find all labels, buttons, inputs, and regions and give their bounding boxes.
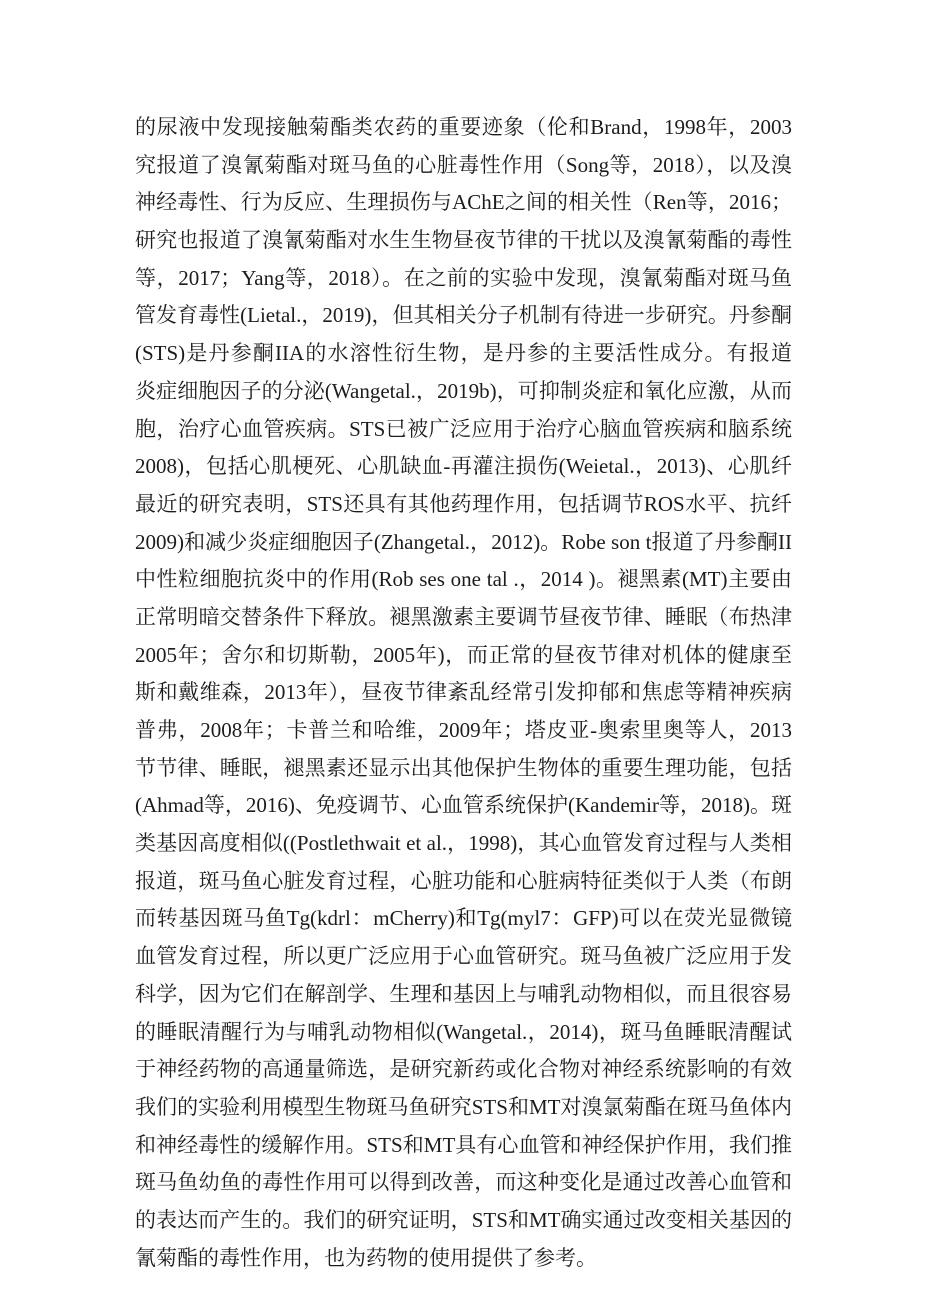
text-line: (STS)是丹参酮IIA的水溶性衍生物，是丹参的主要活性成分。有报道称，STS可… xyxy=(135,335,792,373)
paragraph-text-block: 的尿液中发现接触菊酯类农药的重要迹象（伦和Brand，1998年，2003年）。… xyxy=(135,109,792,1277)
text-line: 于神经药物的高通量筛选，是研究新药或化合物对神经系统影响的有效方法。因此， xyxy=(135,1051,792,1089)
text-line: 炎症细胞因子的分泌(Wangetal.，2019b)，可抑制炎症和氧化应激，从而… xyxy=(135,373,792,411)
text-line: 研究也报道了溴氰菊酯对水生生物昼夜节律的干扰以及溴氰菊酯的毒性作用（Zhang xyxy=(135,222,792,260)
text-line: 的表达而产生的。我们的研究证明，STS和MT确实通过改变相关基因的表达来减轻溴 xyxy=(135,1202,792,1240)
text-line: 氰菊酯的毒性作用，也为药物的使用提供了参考。 xyxy=(135,1240,792,1278)
text-line: 斯和戴维森，2013年），昼夜节律紊乱经常引发抑郁和焦虑等精神疾病（日尔曼和库 xyxy=(135,674,792,712)
text-line: 报道，斑马鱼心脏发育过程，心脏功能和心脏病特征类似于人类（布朗等，2016）， xyxy=(135,863,792,901)
text-line: 神经毒性、行为反应、生理损伤与AChE之间的相关性（Ren等，2016；张等，2… xyxy=(135,184,792,222)
text-line: 2009)和减少炎症细胞因子(Zhangetal.，2012)。Robe son… xyxy=(135,524,792,562)
document-page: 的尿液中发现接触菊酯类农药的重要迹象（伦和Brand，1998年，2003年）。… xyxy=(0,0,926,1309)
text-line: 的尿液中发现接触菊酯类农药的重要迹象（伦和Brand，1998年，2003年）。… xyxy=(135,109,792,147)
text-line: 普弗，2008年；卡普兰和哈维，2009年；塔皮亚-奥索里奥等人，2013年）。… xyxy=(135,712,792,750)
text-line: (Ahmad等，2016)、免疫调节、心血管系统保护(Kandemir等，201… xyxy=(135,787,792,825)
text-line: 管发育毒性(Lietal.，2019)，但其相关分子机制有待进一步研究。丹参酮I… xyxy=(135,297,792,335)
text-line: 和神经毒性的缓解作用。STS和MT具有心血管和神经保护作用，我们推测溴氰菊酯对 xyxy=(135,1127,792,1165)
text-line: 正常明暗交替条件下释放。褪黑激素主要调节昼夜节律、睡眠（布热津斯基等人， xyxy=(135,599,792,637)
text-line: 我们的实验利用模型生物斑马鱼研究STS和MT对溴氯菊酯在斑马鱼体内诱导的心血管 xyxy=(135,1089,792,1127)
text-line: 究报道了溴氰菊酯对斑马鱼的心脏毒性作用（Song等，2018），以及溴氰菊酯引起… xyxy=(135,147,792,185)
text-line: 最近的研究表明，STS还具有其他药理作用，包括调节ROS水平、抗纤维化(Yang… xyxy=(135,486,792,524)
text-line: 科学，因为它们在解剖学、生理和基因上与哺乳动物相似，而且很容易获得，斑马鱼 xyxy=(135,976,792,1014)
text-line: 等，2017；Yang等，2018）。在之前的实验中发现，溴氰菊酯对斑马鱼幼鱼具… xyxy=(135,260,792,298)
text-line: 的睡眠清醒行为与哺乳动物相似(Wangetal.，2014)，斑马鱼睡眠清醒试验… xyxy=(135,1014,792,1052)
text-line: 血管发育过程，所以更广泛应用于心血管研究。斑马鱼被广泛应用于发育毒性和神经 xyxy=(135,938,792,976)
text-line: 斑马鱼幼鱼的毒性作用可以得到改善，而这种变化是通过改善心血管和睡眠相关基因 xyxy=(135,1164,792,1202)
text-line: 节节律、睡眠，褪黑素还显示出其他保护生物体的重要生理功能，包括抗氧化作用 xyxy=(135,750,792,788)
text-line: 胞，治疗心血管疾病。STS已被广泛应用于治疗心脑血管疾病和脑系统疾病(Lieta… xyxy=(135,411,792,449)
text-line: 2008)，包括心肌梗死、心肌缺血-再灌注损伤(Weietal.，2013)、心… xyxy=(135,448,792,486)
text-line: 2005年；舍尔和切斯勒，2005年)，而正常的昼夜节律对机体的健康至关重要（埃… xyxy=(135,637,792,675)
text-line: 而转基因斑马鱼Tg(kdrl：mCherry)和Tg(myl7：GFP)可以在荧… xyxy=(135,900,792,938)
text-line: 类基因高度相似((Postlethwait et al.，1998)，其心血管发… xyxy=(135,825,792,863)
text-line: 中性粒细胞抗炎中的作用(Rob ses one tal .，2014 )。褪黑素… xyxy=(135,561,792,599)
